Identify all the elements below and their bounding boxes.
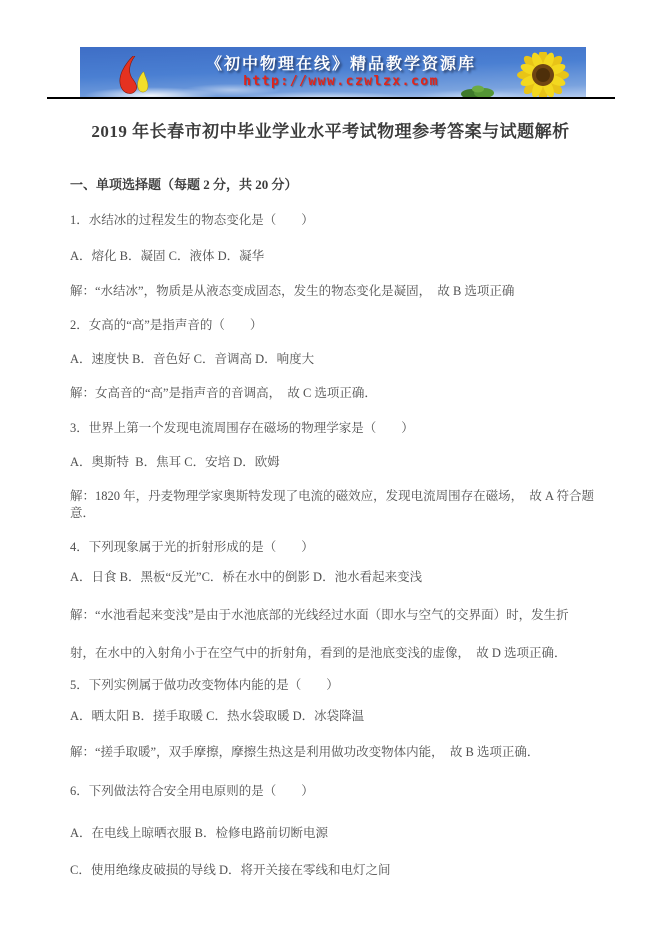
- question-4-answer: 解：“水池看起来变浅”是由于水池底部的光线经过水面（即水与空气的交界面）时，发生…: [70, 607, 618, 624]
- question-6-options: A．在电线上晾晒衣服 B．检修电路前切断电源: [70, 825, 618, 842]
- question-5-text: 5．下列实例属于做功改变物体内能的是（ ）: [70, 677, 618, 694]
- question-3-options: A．奥斯特 B．焦耳 C．安培 D．欧姆: [70, 454, 618, 471]
- question-1-answer: 解：“水结冰”，物质是从液态变成固态，发生的物态变化是凝固， 故 B 选项正确: [70, 283, 618, 300]
- question-2-options: A．速度快 B．音色好 C．音调高 D．响度大: [70, 351, 618, 368]
- question-6-text: 6．下列做法符合安全用电原则的是（ ）: [70, 783, 618, 800]
- question-1-options: A．熔化 B．凝固 C．液体 D．凝华: [70, 248, 618, 265]
- banner-text-block: 《初中物理在线》精品教学资源库 http://www.czwlzx.com: [180, 47, 502, 97]
- question-2-answer: 解：女高音的“高”是指声音的音调高， 故 C 选项正确．: [70, 385, 618, 402]
- sunflower-icon: [510, 52, 572, 97]
- question-5-options: A．晒太阳 B．搓手取暖 C．热水袋取暖 D．冰袋降温: [70, 708, 618, 725]
- foliage-icon: [460, 84, 498, 97]
- question-3-text: 3．世界上第一个发现电流周围存在磁场的物理学家是（ ）: [70, 420, 618, 437]
- question-2-text: 2．女高的“高”是指声音的（ ）: [70, 317, 618, 334]
- question-3-answer: 解：1820 年，丹麦物理学家奥斯特发现了电流的磁效应，发现电流周围存在磁场， …: [70, 488, 618, 522]
- question-6-options-line2: C．使用绝缘皮破损的导线 D．将开关接在零线和电灯之间: [70, 862, 618, 879]
- question-1-text: 1．水结冰的过程发生的物态变化是（ ）: [70, 212, 618, 229]
- question-4-text: 4．下列现象属于光的折射形成的是（ ）: [70, 539, 618, 556]
- section-heading: 一、单项选择题（每题 2 分，共 20 分）: [70, 176, 298, 193]
- document-title: 2019 年长春市初中毕业学业水平考试物理参考答案与试题解析: [0, 121, 661, 143]
- question-4-answer-line2: 射，在水中的入射角小于在空气中的折射角，看到的是池底变浅的虚像， 故 D 选项正…: [70, 645, 618, 662]
- banner-site-title: 《初中物理在线》精品教学资源库: [206, 55, 476, 74]
- header-divider: [47, 97, 615, 99]
- question-4-options: A．日食 B．黑板“反光”C．桥在水中的倒影 D．池水看起来变浅: [70, 569, 618, 586]
- banner-site-url: http://www.czwlzx.com: [243, 74, 439, 89]
- site-logo-icon: [112, 56, 154, 96]
- question-5-answer: 解：“搓手取暖”，双手摩擦，摩擦生热这是利用做功改变物体内能， 故 B 选项正确…: [70, 744, 618, 761]
- document-page: 《初中物理在线》精品教学资源库 http://www.czwlzx.com: [0, 0, 661, 935]
- site-banner: 《初中物理在线》精品教学资源库 http://www.czwlzx.com: [80, 47, 586, 97]
